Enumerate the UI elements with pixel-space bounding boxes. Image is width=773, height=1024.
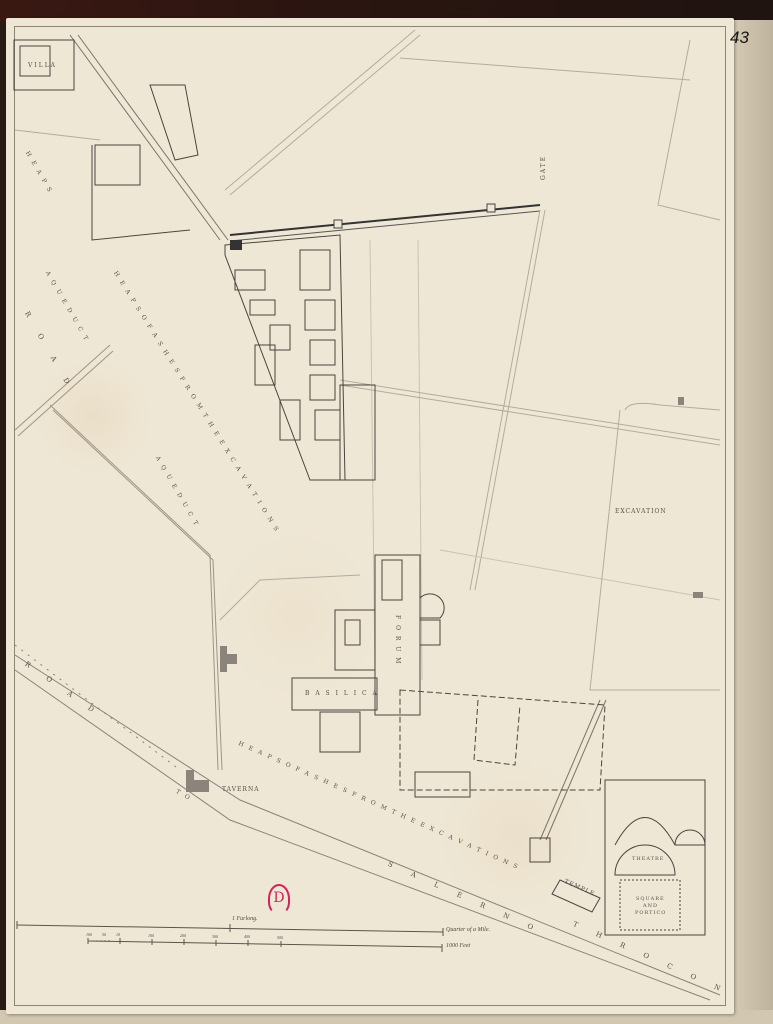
scale-tick-10: 10 (116, 932, 120, 937)
scale-quarter-mile-label: Quarter of a Mile. (446, 927, 490, 933)
scale-tick-100: 100 (148, 933, 154, 938)
scale-feet-label: 1000 Feet (446, 943, 470, 949)
scale-bar (0, 0, 773, 1024)
scale-tick-100a: 100 (86, 932, 92, 937)
scale-tick-300: 300 (212, 934, 218, 939)
library-stamp: D (268, 884, 290, 914)
scale-tick-500: 500 (277, 935, 283, 940)
scale-tick-200: 200 (180, 933, 186, 938)
scale-tick-50: 50 (102, 932, 106, 937)
scale-tick-400: 400 (244, 934, 250, 939)
scale-furlong-label: 1 Furlong. (232, 916, 258, 922)
